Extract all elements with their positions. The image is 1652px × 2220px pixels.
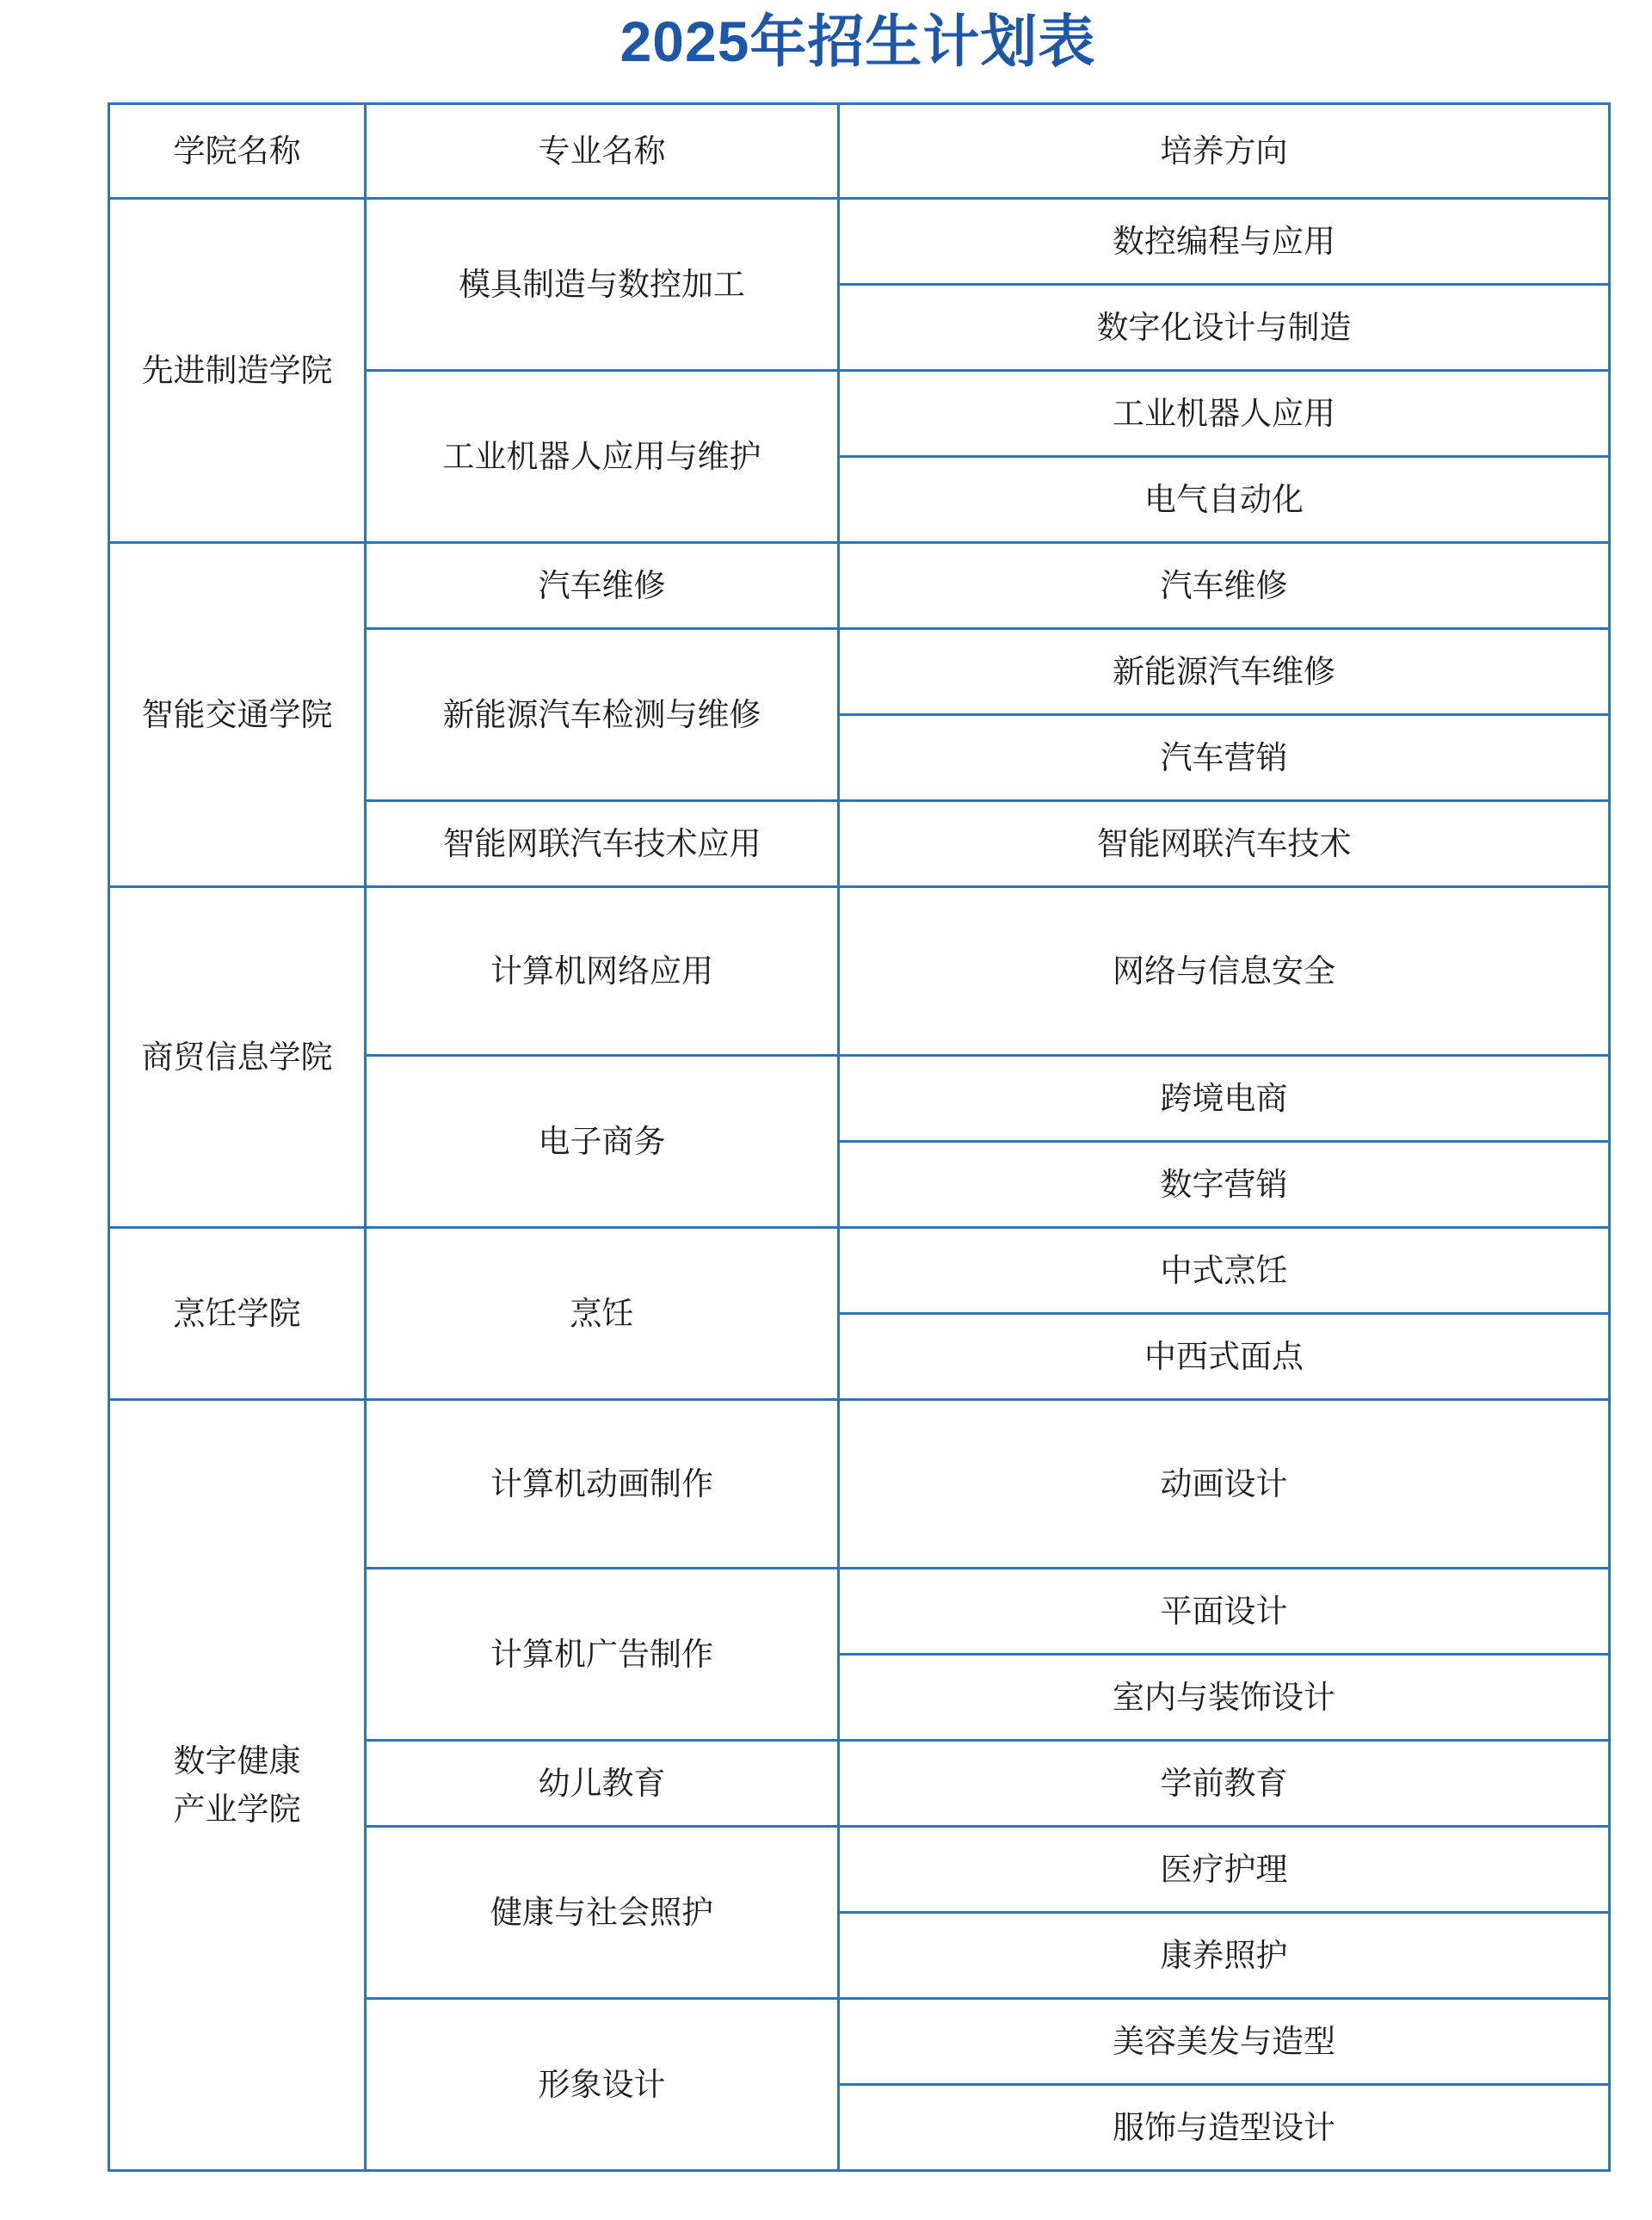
direction-cell: 网络与信息安全: [839, 887, 1610, 1056]
major-cell: 计算机广告制作: [366, 1569, 839, 1741]
table-row: 智能交通学院 汽车维修 汽车维修: [109, 543, 1610, 629]
direction-cell: 数控编程与应用: [839, 199, 1610, 285]
major-cell: 模具制造与数控加工: [366, 199, 839, 371]
direction-cell: 数字营销: [839, 1142, 1610, 1228]
major-cell: 电子商务: [366, 1056, 839, 1228]
table-row: 商贸信息学院 计算机网络应用 网络与信息安全: [109, 887, 1610, 1056]
college-cell: 烹饪学院: [109, 1228, 366, 1400]
major-cell: 烹饪: [366, 1228, 839, 1400]
direction-cell: 电气自动化: [839, 457, 1610, 543]
direction-cell: 汽车营销: [839, 715, 1610, 801]
major-cell: 工业机器人应用与维护: [366, 371, 839, 543]
table-row: 数字健康 产业学院 计算机动画制作 动画设计: [109, 1400, 1610, 1569]
major-cell: 智能网联汽车技术应用: [366, 801, 839, 887]
college-cell: 先进制造学院: [109, 199, 366, 543]
major-cell: 新能源汽车检测与维修: [366, 629, 839, 801]
direction-cell: 汽车维修: [839, 543, 1610, 629]
direction-cell: 美容美发与造型: [839, 1999, 1610, 2085]
col-header-major: 专业名称: [366, 104, 839, 199]
direction-cell: 医疗护理: [839, 1827, 1610, 1913]
direction-cell: 智能网联汽车技术: [839, 801, 1610, 887]
page-title: 2025年招生计划表: [108, 12, 1608, 71]
major-cell: 汽车维修: [366, 543, 839, 629]
direction-cell: 学前教育: [839, 1741, 1610, 1827]
header-row: 学院名称 专业名称 培养方向: [109, 104, 1610, 199]
col-header-direction: 培养方向: [839, 104, 1610, 199]
direction-cell: 室内与装饰设计: [839, 1655, 1610, 1741]
college-cell: 商贸信息学院: [109, 887, 366, 1228]
page: 2025年招生计划表 学院名称 专业名称 培养方向 先进制造学院 模具制造与数控…: [108, 12, 1608, 2172]
direction-cell: 工业机器人应用: [839, 371, 1610, 457]
major-cell: 健康与社会照护: [366, 1827, 839, 1999]
direction-cell: 新能源汽车维修: [839, 629, 1610, 715]
table-row: 先进制造学院 模具制造与数控加工 数控编程与应用: [109, 199, 1610, 285]
table-row: 烹饪学院 烹饪 中式烹饪: [109, 1228, 1610, 1314]
major-cell: 计算机动画制作: [366, 1400, 839, 1569]
major-cell: 形象设计: [366, 1999, 839, 2171]
direction-cell: 跨境电商: [839, 1056, 1610, 1142]
direction-cell: 中式烹饪: [839, 1228, 1610, 1314]
direction-cell: 平面设计: [839, 1569, 1610, 1655]
enrollment-table: 学院名称 专业名称 培养方向 先进制造学院 模具制造与数控加工 数控编程与应用 …: [108, 102, 1611, 2172]
major-cell: 幼儿教育: [366, 1741, 839, 1827]
col-header-college: 学院名称: [109, 104, 366, 199]
direction-cell: 服饰与造型设计: [839, 2085, 1610, 2171]
direction-cell: 中西式面点: [839, 1314, 1610, 1400]
college-cell: 数字健康 产业学院: [109, 1400, 366, 2171]
direction-cell: 数字化设计与制造: [839, 285, 1610, 371]
direction-cell: 动画设计: [839, 1400, 1610, 1569]
major-cell: 计算机网络应用: [366, 887, 839, 1056]
direction-cell: 康养照护: [839, 1913, 1610, 1999]
college-cell: 智能交通学院: [109, 543, 366, 887]
